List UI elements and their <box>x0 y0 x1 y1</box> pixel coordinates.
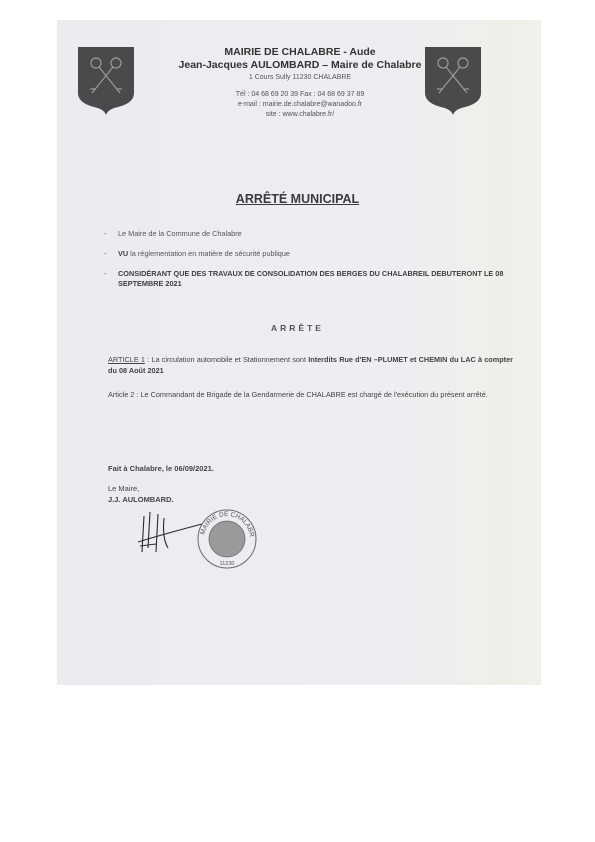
signatory-role: Le Maire, <box>108 483 174 494</box>
preamble-item: - CONSIDÉRANT QUE DES TRAVAUX DE CONSOLI… <box>104 269 514 289</box>
mayor-line: Jean-Jacques AULOMBARD – Maire de Chalab… <box>150 59 450 72</box>
website: site : www.chalabre.fr/ <box>150 110 450 120</box>
signatory-name: J.J. AULOMBARD. <box>108 494 174 505</box>
email: e-mail : mairie.de.chalabre@wanadoo.fr <box>150 100 450 110</box>
letterhead: MAIRIE DE CHALABRE - Aude Jean-Jacques A… <box>150 46 450 120</box>
coat-of-arms-icon <box>76 45 136 117</box>
town-hall-stamp-icon: MAIRIE DE CHALABRE 11230 <box>196 508 258 570</box>
decision-heading: ARRÊTE <box>0 323 595 333</box>
done-at: Fait à Chalabre, le 06/09/2021. <box>108 464 214 473</box>
signature-icon <box>134 508 204 556</box>
preamble-item: - Le Maire de la Commune de Chalabre <box>104 229 524 239</box>
article-1: ARTICLE 1 : La circulation automobile et… <box>108 354 513 376</box>
signatory: Le Maire, J.J. AULOMBARD. <box>108 483 174 505</box>
preamble-list: - Le Maire de la Commune de Chalabre - V… <box>104 229 524 299</box>
address: 1 Cours Sully 11230 CHALABRE <box>150 73 450 83</box>
preamble-item: - VU la réglementation en matière de séc… <box>104 249 524 259</box>
svg-text:11230: 11230 <box>220 561 235 567</box>
article-2: Article 2 : Le Commandant de Brigade de … <box>108 389 513 400</box>
document-title: ARRÊTÉ MUNICIPAL <box>0 192 595 206</box>
town-hall-title: MAIRIE DE CHALABRE - Aude <box>150 46 450 59</box>
phone-fax: Tél : 04 68 69 20 39 Fax : 04 68 69 37 8… <box>150 90 450 100</box>
